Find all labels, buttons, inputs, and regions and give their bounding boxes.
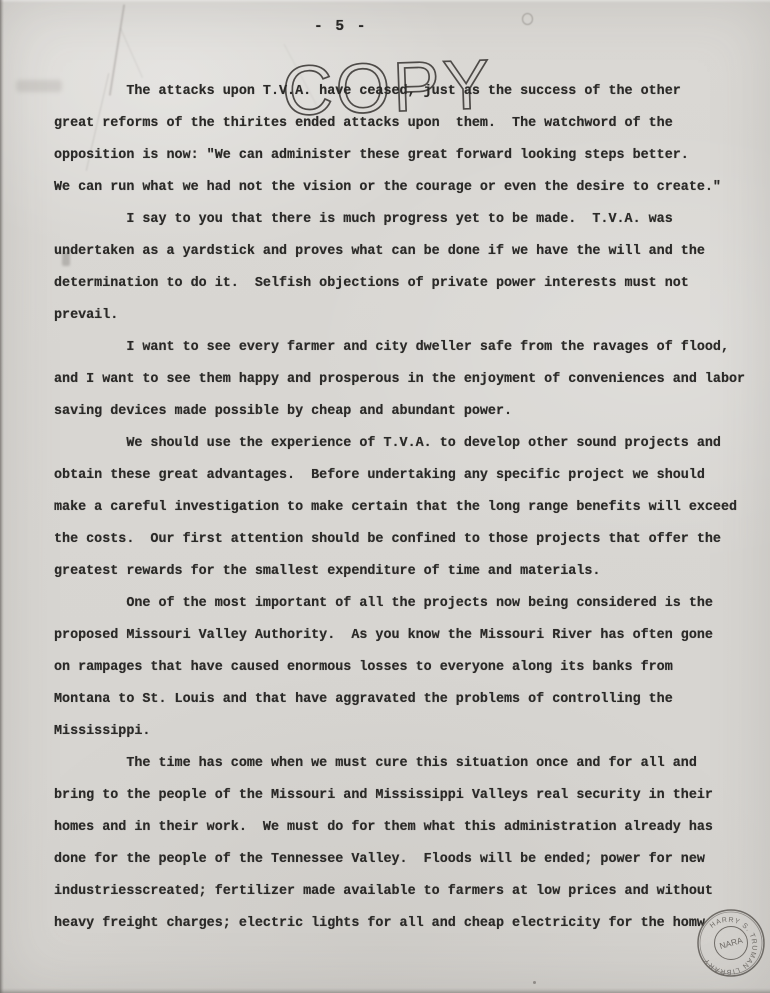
text-line: The time has come when we must cure this…: [54, 748, 754, 780]
text-line: on rampages that have caused enormous lo…: [54, 652, 754, 684]
scan-edge-bottom: [0, 988, 770, 993]
text-line: proposed Missouri Valley Authority. As y…: [54, 620, 754, 652]
text-line: undertaken as a yardstick and proves wha…: [54, 236, 754, 268]
truman-library-stamp: HARRY S. TRUMAN LIBRARY NARA: [694, 906, 768, 980]
text-line: the costs. Our first attention should be…: [54, 524, 754, 556]
text-line: opposition is now: "We can administer th…: [54, 140, 754, 172]
smudge-mark: [533, 981, 536, 984]
scan-edge-top: [0, 0, 770, 3]
crease-mark: [120, 28, 143, 78]
text-line: I say to you that there is much progress…: [54, 204, 754, 236]
text-line: One of the most important of all the pro…: [54, 588, 754, 620]
text-line: industriesscreated; fertilizer made avai…: [54, 876, 754, 908]
scanned-document-page: - 5 - COPY The attacks upon T.V.A. have …: [0, 0, 770, 993]
text-line: obtain these great advantages. Before un…: [54, 460, 754, 492]
text-line: prevail.: [54, 300, 754, 332]
document-text: The attacks upon T.V.A. have ceased, jus…: [54, 76, 754, 940]
text-line: We should use the experience of T.V.A. t…: [54, 428, 754, 460]
text-line: homes and in their work. We must do for …: [54, 812, 754, 844]
text-line: Montana to St. Louis and that have aggra…: [54, 684, 754, 716]
text-line: I want to see every farmer and city dwel…: [54, 332, 754, 364]
scan-edge-left: [0, 0, 4, 993]
text-line: saving devices made possible by cheap an…: [54, 396, 754, 428]
text-line: determination to do it. Selfish objectio…: [54, 268, 754, 300]
text-line: great reforms of the thirites ended atta…: [54, 108, 754, 140]
text-line: done for the people of the Tennessee Val…: [54, 844, 754, 876]
text-line: Mississippi.: [54, 716, 754, 748]
text-line: We can run what we had not the vision or…: [54, 172, 754, 204]
text-line: bring to the people of the Missouri and …: [54, 780, 754, 812]
stamp-center-text: NARA: [718, 935, 744, 951]
page-number: - 5 -: [314, 19, 368, 35]
text-line: make a careful investigation to make cer…: [54, 492, 754, 524]
text-line: greatest rewards for the smallest expend…: [54, 556, 754, 588]
text-line: and I want to see them happy and prosper…: [54, 364, 754, 396]
smudge-mark: [522, 13, 533, 25]
text-line: heavy freight charges; electric lights f…: [54, 908, 754, 940]
text-line: The attacks upon T.V.A. have ceased, jus…: [54, 76, 754, 108]
